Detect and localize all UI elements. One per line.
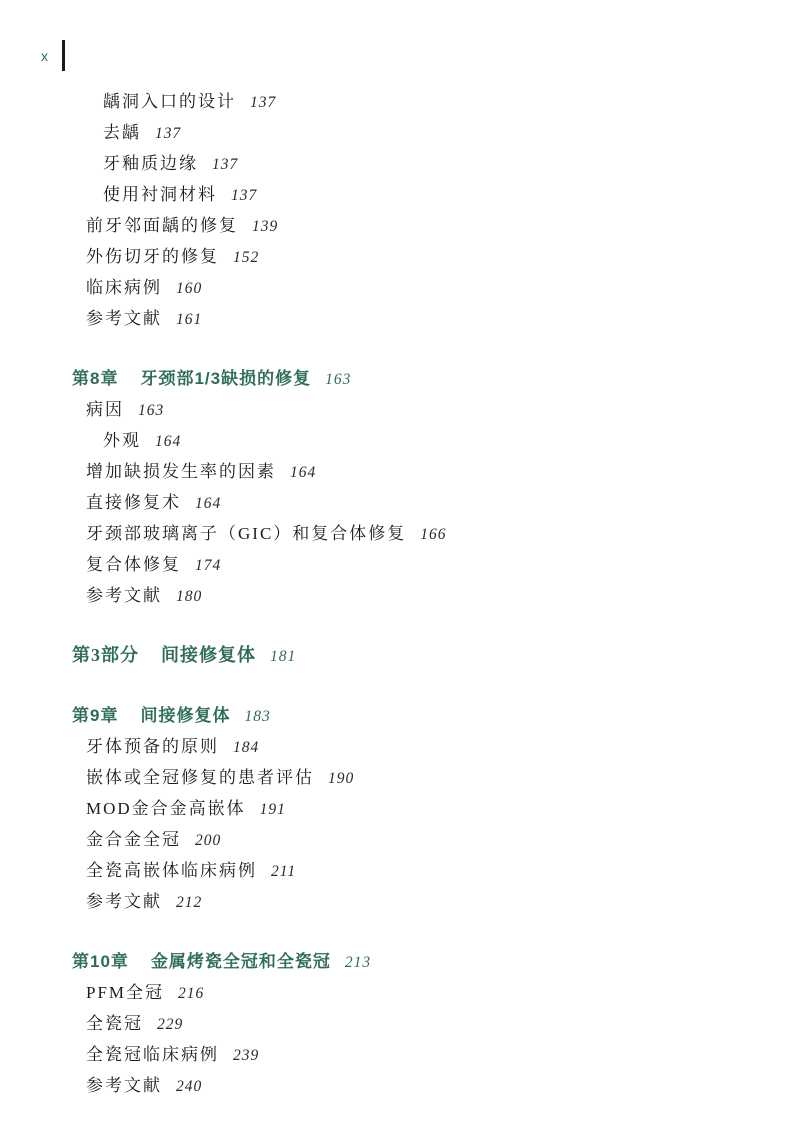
table-of-contents: 龋洞入口的设计137 去龋137 牙釉质边缘137 使用衬洞材料137 前牙邻面… [0, 0, 800, 1101]
entry-page: 184 [233, 739, 259, 756]
entry-label: MOD金合金高嵌体 [86, 799, 246, 818]
toc-entry: 参考文献212 [86, 886, 800, 917]
toc-entry: 牙釉质边缘137 [103, 148, 800, 179]
chapter-heading: 第10章金属烤瓷全冠和全瓷冠213 [72, 946, 800, 977]
entry-label: 金合金全冠 [86, 830, 181, 849]
entry-label: PFM全冠 [86, 983, 164, 1002]
toc-entry: 复合体修复174 [86, 549, 800, 580]
entry-page: 211 [271, 863, 296, 880]
entry-page: 137 [231, 187, 257, 204]
toc-entry: 增加缺损发生率的因素164 [86, 456, 800, 487]
entry-page: 180 [176, 588, 202, 605]
chapter-number: 第8章 [72, 369, 118, 388]
toc-entry: 全瓷高嵌体临床病例211 [86, 855, 800, 886]
toc-entry: 去龋137 [103, 117, 800, 148]
toc-entry: 直接修复术164 [86, 487, 800, 518]
entry-label: 牙颈部玻璃离子（GIC）和复合体修复 [86, 524, 406, 543]
toc-entry: 参考文献240 [86, 1070, 800, 1101]
entry-label: 全瓷冠 [86, 1014, 143, 1033]
entry-label: 外伤切牙的修复 [86, 247, 219, 266]
toc-entry: 全瓷冠229 [86, 1008, 800, 1039]
entry-label: 参考文献 [86, 309, 162, 328]
entry-page: 164 [290, 464, 316, 481]
toc-entry: 参考文献180 [86, 580, 800, 611]
entry-label: 参考文献 [86, 892, 162, 911]
entry-page: 160 [176, 280, 202, 297]
toc-entry: 嵌体或全冠修复的患者评估190 [86, 762, 800, 793]
entry-page: 240 [176, 1078, 202, 1095]
entry-page: 166 [420, 526, 446, 543]
entry-label: 去龋 [103, 123, 141, 142]
entry-page: 139 [252, 218, 278, 235]
chapter-title: 间接修复体 [140, 706, 230, 725]
entry-page: 164 [155, 433, 181, 450]
chapter-page: 183 [244, 708, 270, 725]
chapter-number: 第9章 [72, 706, 118, 725]
folio-divider-bar [62, 40, 65, 71]
entry-page: 212 [176, 894, 202, 911]
entry-label: 临床病例 [86, 278, 162, 297]
entry-label: 直接修复术 [86, 493, 181, 512]
entry-page: 137 [212, 156, 238, 173]
toc-entry: 全瓷冠临床病例239 [86, 1039, 800, 1070]
part-page: 181 [270, 648, 296, 665]
toc-entry: 金合金全冠200 [86, 824, 800, 855]
toc-entry: 参考文献161 [86, 303, 800, 334]
entry-page: 163 [138, 402, 164, 419]
entry-label: 前牙邻面龋的修复 [86, 216, 238, 235]
toc-entry: 前牙邻面龋的修复139 [86, 210, 800, 241]
entry-label: 全瓷冠临床病例 [86, 1045, 219, 1064]
toc-entry: 龋洞入口的设计137 [103, 86, 800, 117]
entry-label: 全瓷高嵌体临床病例 [86, 861, 257, 880]
part-number: 第3部分 [72, 645, 139, 665]
chapter-title: 牙颈部1/3缺损的修复 [140, 369, 311, 388]
entry-page: 137 [155, 125, 181, 142]
toc-entry: 病因163 [86, 394, 800, 425]
entry-label: 嵌体或全冠修复的患者评估 [86, 768, 314, 787]
toc-entry: 临床病例160 [86, 272, 800, 303]
entry-label: 牙体预备的原则 [86, 737, 219, 756]
entry-page: 152 [233, 249, 259, 266]
entry-label: 病因 [86, 400, 124, 419]
entry-page: 191 [260, 801, 286, 818]
entry-label: 参考文献 [86, 1076, 162, 1095]
chapter-number: 第10章 [72, 952, 129, 971]
entry-page: 239 [233, 1047, 259, 1064]
folio: x [41, 40, 65, 71]
entry-page: 200 [195, 832, 221, 849]
entry-page: 137 [250, 94, 276, 111]
part-heading: 第3部分间接修复体181 [72, 640, 800, 671]
entry-label: 龋洞入口的设计 [103, 92, 236, 111]
toc-entry: 牙体预备的原则184 [86, 731, 800, 762]
chapter-heading: 第9章间接修复体183 [72, 700, 800, 731]
chapter-heading: 第8章牙颈部1/3缺损的修复163 [72, 363, 800, 394]
folio-page-number: x [41, 48, 48, 64]
part-title: 间接修复体 [161, 645, 256, 665]
entry-page: 229 [157, 1016, 183, 1033]
entry-page: 216 [178, 985, 204, 1002]
entry-label: 牙釉质边缘 [103, 154, 198, 173]
toc-entry: MOD金合金高嵌体191 [86, 793, 800, 824]
toc-entry: 牙颈部玻璃离子（GIC）和复合体修复166 [86, 518, 800, 549]
entry-page: 190 [328, 770, 354, 787]
chapter-title: 金属烤瓷全冠和全瓷冠 [151, 952, 331, 971]
entry-page: 164 [195, 495, 221, 512]
entry-label: 复合体修复 [86, 555, 181, 574]
entry-page: 174 [195, 557, 221, 574]
toc-entry: 外观164 [103, 425, 800, 456]
toc-entry: 使用衬洞材料137 [103, 179, 800, 210]
chapter-page: 213 [345, 954, 371, 971]
toc-entry: 外伤切牙的修复152 [86, 241, 800, 272]
entry-label: 外观 [103, 431, 141, 450]
entry-label: 增加缺损发生率的因素 [86, 462, 276, 481]
entry-page: 161 [176, 311, 202, 328]
chapter-page: 163 [325, 371, 351, 388]
toc-entry: PFM全冠216 [86, 977, 800, 1008]
entry-label: 使用衬洞材料 [103, 185, 217, 204]
entry-label: 参考文献 [86, 586, 162, 605]
